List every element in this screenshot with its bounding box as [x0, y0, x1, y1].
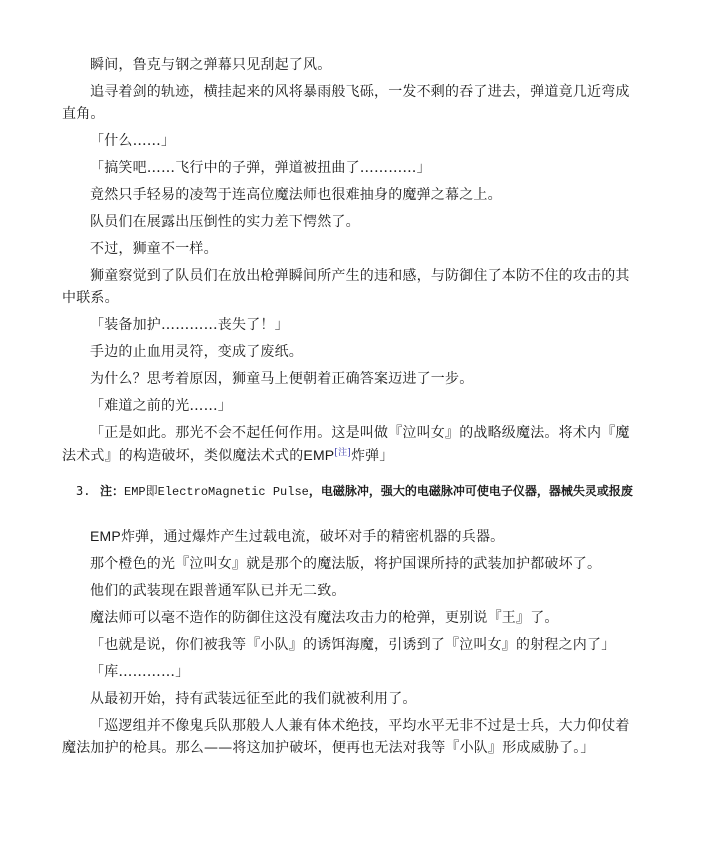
paragraph: 「巡逻组并不像鬼兵队那般人人兼有体术绝技，平均水平无非不过是士兵，大力仰仗着魔法…: [62, 715, 640, 759]
emp-term: EMP: [90, 528, 121, 544]
paragraph: 为什么？思考着原因，狮童马上便朝着正确答案迈进了一步。: [62, 368, 640, 390]
paragraph-text: 炸弹」: [351, 448, 394, 464]
paragraph: 瞬间，鲁克与钢之弹幕只见刮起了风。: [62, 54, 640, 76]
paragraph: 手边的止血用灵符，变成了废纸。: [62, 341, 640, 363]
paragraph: 竟然只手轻易的凌驾于连高位魔法师也很难抽身的魔弹之幕之上。: [62, 184, 640, 206]
footnote-number: 3.: [76, 481, 100, 503]
paragraph: 从最初开始，持有武装远征至此的我们就被利用了。: [62, 688, 640, 710]
paragraph: 「库…………」: [62, 661, 640, 683]
emp-term: EMP: [303, 447, 334, 463]
paragraph: 追寻着剑的轨迹，横挂起来的风将暴雨般飞砾，一发不剩的吞了进去，弹道竟几近弯成直角…: [62, 81, 640, 125]
paragraph: 「什么……」: [62, 130, 640, 152]
paragraph: 「搞笑吧……飞行中的子弹，弹道被扭曲了…………」: [62, 157, 640, 179]
footnote-label: 注：: [100, 484, 124, 498]
paragraph: 「也就是说，你们被我等『小队』的诱饵海魔，引诱到了『泣叫女』的射程之内了」: [62, 634, 640, 656]
footnote-text: ，电磁脉冲，强大的电磁脉冲可使电子仪器，器械失灵或报废: [309, 484, 633, 498]
paragraph: 「难道之前的光……」: [62, 395, 640, 417]
paragraph: EMP炸弹，通过爆炸产生过载电流，破坏对手的精密机器的兵器。: [62, 525, 640, 548]
footnote-marker-link[interactable]: [注]: [334, 448, 351, 458]
footnote-term: EMP即ElectroMagnetic Pulse: [124, 485, 309, 499]
footnote: 3. 注：EMP即ElectroMagnetic Pulse，电磁脉冲，强大的电…: [76, 481, 640, 503]
document-page: 瞬间，鲁克与钢之弹幕只见刮起了风。 追寻着剑的轨迹，横挂起来的风将暴雨般飞砾，一…: [62, 54, 640, 764]
paragraph-text: 炸弹，通过爆炸产生过载电流，破坏对手的精密机器的兵器。: [121, 529, 504, 545]
paragraph: 不过，狮童不一样。: [62, 238, 640, 260]
paragraph: 队员们在展露出压倒性的实力差下愕然了。: [62, 211, 640, 233]
paragraph: 「装备加护…………丧失了！」: [62, 314, 640, 336]
paragraph-text: 「正是如此。那光不会不起任何作用。这是叫做『泣叫女』的战略级魔法。将术内『魔法术…: [62, 425, 630, 464]
paragraph: 魔法师可以毫不造作的防御住这没有魔法攻击力的枪弹，更别说『王』了。: [62, 607, 640, 629]
paragraph-with-note: 「正是如此。那光不会不起任何作用。这是叫做『泣叫女』的战略级魔法。将术内『魔法术…: [62, 422, 640, 467]
paragraph: 他们的武装现在跟普通军队已并无二致。: [62, 580, 640, 602]
paragraph: 那个橙色的光『泣叫女』就是那个的魔法版，将护国课所持的武装加护都破坏了。: [62, 553, 640, 575]
paragraph: 狮童察觉到了队员们在放出枪弹瞬间所产生的违和感，与防御住了本防不住的攻击的其中联…: [62, 265, 640, 309]
footnote-body: 注：EMP即ElectroMagnetic Pulse，电磁脉冲，强大的电磁脉冲…: [100, 481, 640, 503]
